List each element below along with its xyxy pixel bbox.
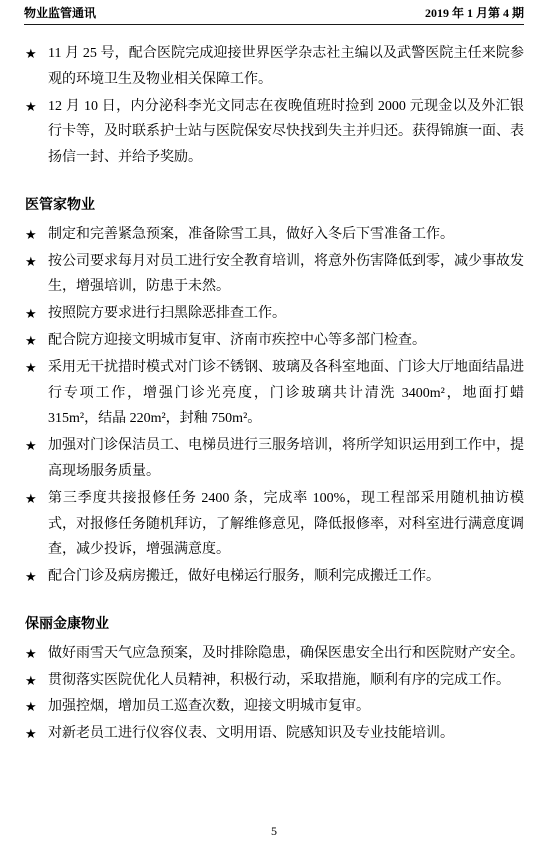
section-heading: 医管家物业	[25, 193, 524, 219]
page-number: 5	[271, 824, 277, 838]
list-item-text: 做好雨雪天气应急预案，及时排除隐患，确保医患安全出行和医院财产安全。	[48, 641, 524, 667]
list-item: ★ 贯彻落实医院优化人员精神，积极行动，采取措施，顺利有序的完成工作。	[25, 668, 524, 694]
list-item: ★ 对新老员工进行仪容仪表、文明用语、院感知识及专业技能培训。	[25, 721, 524, 747]
list-item: ★ 12 月 10 日，内分泌科李光文同志在夜晚值班时捡到 2000 元现金以及…	[25, 94, 524, 171]
star-bullet-icon: ★	[25, 249, 48, 275]
list-item-text: 11 月 25 号，配合医院完成迎接世界医学杂志社主编以及武警医院主任来院参观的…	[48, 41, 524, 93]
list-item-text: 配合门诊及病房搬迁，做好电梯运行服务，顺利完成搬迁工作。	[48, 564, 524, 590]
list-item: ★ 加强对门诊保洁员工、电梯员进行三服务培训，将所学知识运用到工作中，提高现场服…	[25, 433, 524, 485]
star-bullet-icon: ★	[25, 222, 48, 248]
list-item-text: 按照院方要求进行扫黑除恶排查工作。	[48, 301, 524, 327]
list-item-text: 加强对门诊保洁员工、电梯员进行三服务培训，将所学知识运用到工作中，提高现场服务质…	[48, 433, 524, 485]
list-item: ★ 配合门诊及病房搬迁，做好电梯运行服务，顺利完成搬迁工作。	[25, 564, 524, 590]
star-bullet-icon: ★	[25, 694, 48, 720]
list-item-text: 采用无干扰措时模式对门诊不锈钢、玻璃及各科室地面、门诊大厅地面结晶进行专项工作，…	[48, 355, 524, 432]
list-item-text: 配合院方迎接文明城市复审、济南市疾控中心等多部门检查。	[48, 328, 524, 354]
list-item: ★ 11 月 25 号，配合医院完成迎接世界医学杂志社主编以及武警医院主任来院参…	[25, 41, 524, 93]
star-bullet-icon: ★	[25, 94, 48, 120]
star-bullet-icon: ★	[25, 355, 48, 381]
document-body: ★ 11 月 25 号，配合医院完成迎接世界医学杂志社主编以及武警医院主任来院参…	[25, 40, 524, 747]
list-item-text: 加强控烟，增加员工巡查次数，迎接文明城市复审。	[48, 694, 524, 720]
list-item: ★ 第三季度共接报修任务 2400 条，完成率 100%，现工程部采用随机抽访模…	[25, 486, 524, 563]
star-bullet-icon: ★	[25, 41, 48, 67]
list-item-text: 制定和完善紧急预案，准备除雪工具，做好入冬后下雪准备工作。	[48, 222, 524, 248]
list-item: ★ 制定和完善紧急预案，准备除雪工具，做好入冬后下雪准备工作。	[25, 222, 524, 248]
section-heading: 保丽金康物业	[25, 612, 524, 638]
list-item: ★ 采用无干扰措时模式对门诊不锈钢、玻璃及各科室地面、门诊大厅地面结晶进行专项工…	[25, 355, 524, 432]
star-bullet-icon: ★	[25, 433, 48, 459]
star-bullet-icon: ★	[25, 486, 48, 512]
document-page: 物业监管通讯 2019 年 1 月第 4 期 ★ 11 月 25 号，配合医院完…	[0, 0, 548, 849]
star-bullet-icon: ★	[25, 328, 48, 354]
list-item-text: 按公司要求每月对员工进行安全教育培训，将意外伤害降低到零，减少事故发生，增强培训…	[48, 249, 524, 301]
list-item: ★ 加强控烟，增加员工巡查次数，迎接文明城市复审。	[25, 694, 524, 720]
star-bullet-icon: ★	[25, 721, 48, 747]
header-title: 物业监管通讯	[24, 4, 96, 21]
list-item: ★ 按公司要求每月对员工进行安全教育培训，将意外伤害降低到零，减少事故发生，增强…	[25, 249, 524, 301]
list-item-text: 对新老员工进行仪容仪表、文明用语、院感知识及专业技能培训。	[48, 721, 524, 747]
star-bullet-icon: ★	[25, 564, 48, 590]
list-item: ★ 做好雨雪天气应急预案，及时排除隐患，确保医患安全出行和医院财产安全。	[25, 641, 524, 667]
header-issue: 2019 年 1 月第 4 期	[425, 4, 524, 21]
star-bullet-icon: ★	[25, 668, 48, 694]
list-item-text: 第三季度共接报修任务 2400 条，完成率 100%，现工程部采用随机抽访模式，…	[48, 486, 524, 563]
page-header: 物业监管通讯 2019 年 1 月第 4 期	[24, 4, 524, 25]
list-item-text: 贯彻落实医院优化人员精神，积极行动，采取措施，顺利有序的完成工作。	[48, 668, 524, 694]
list-item: ★ 配合院方迎接文明城市复审、济南市疾控中心等多部门检查。	[25, 328, 524, 354]
list-item: ★ 按照院方要求进行扫黑除恶排查工作。	[25, 301, 524, 327]
page-footer: 5	[0, 824, 548, 839]
list-item-text: 12 月 10 日，内分泌科李光文同志在夜晚值班时捡到 2000 元现金以及外汇…	[48, 94, 524, 171]
star-bullet-icon: ★	[25, 641, 48, 667]
star-bullet-icon: ★	[25, 301, 48, 327]
